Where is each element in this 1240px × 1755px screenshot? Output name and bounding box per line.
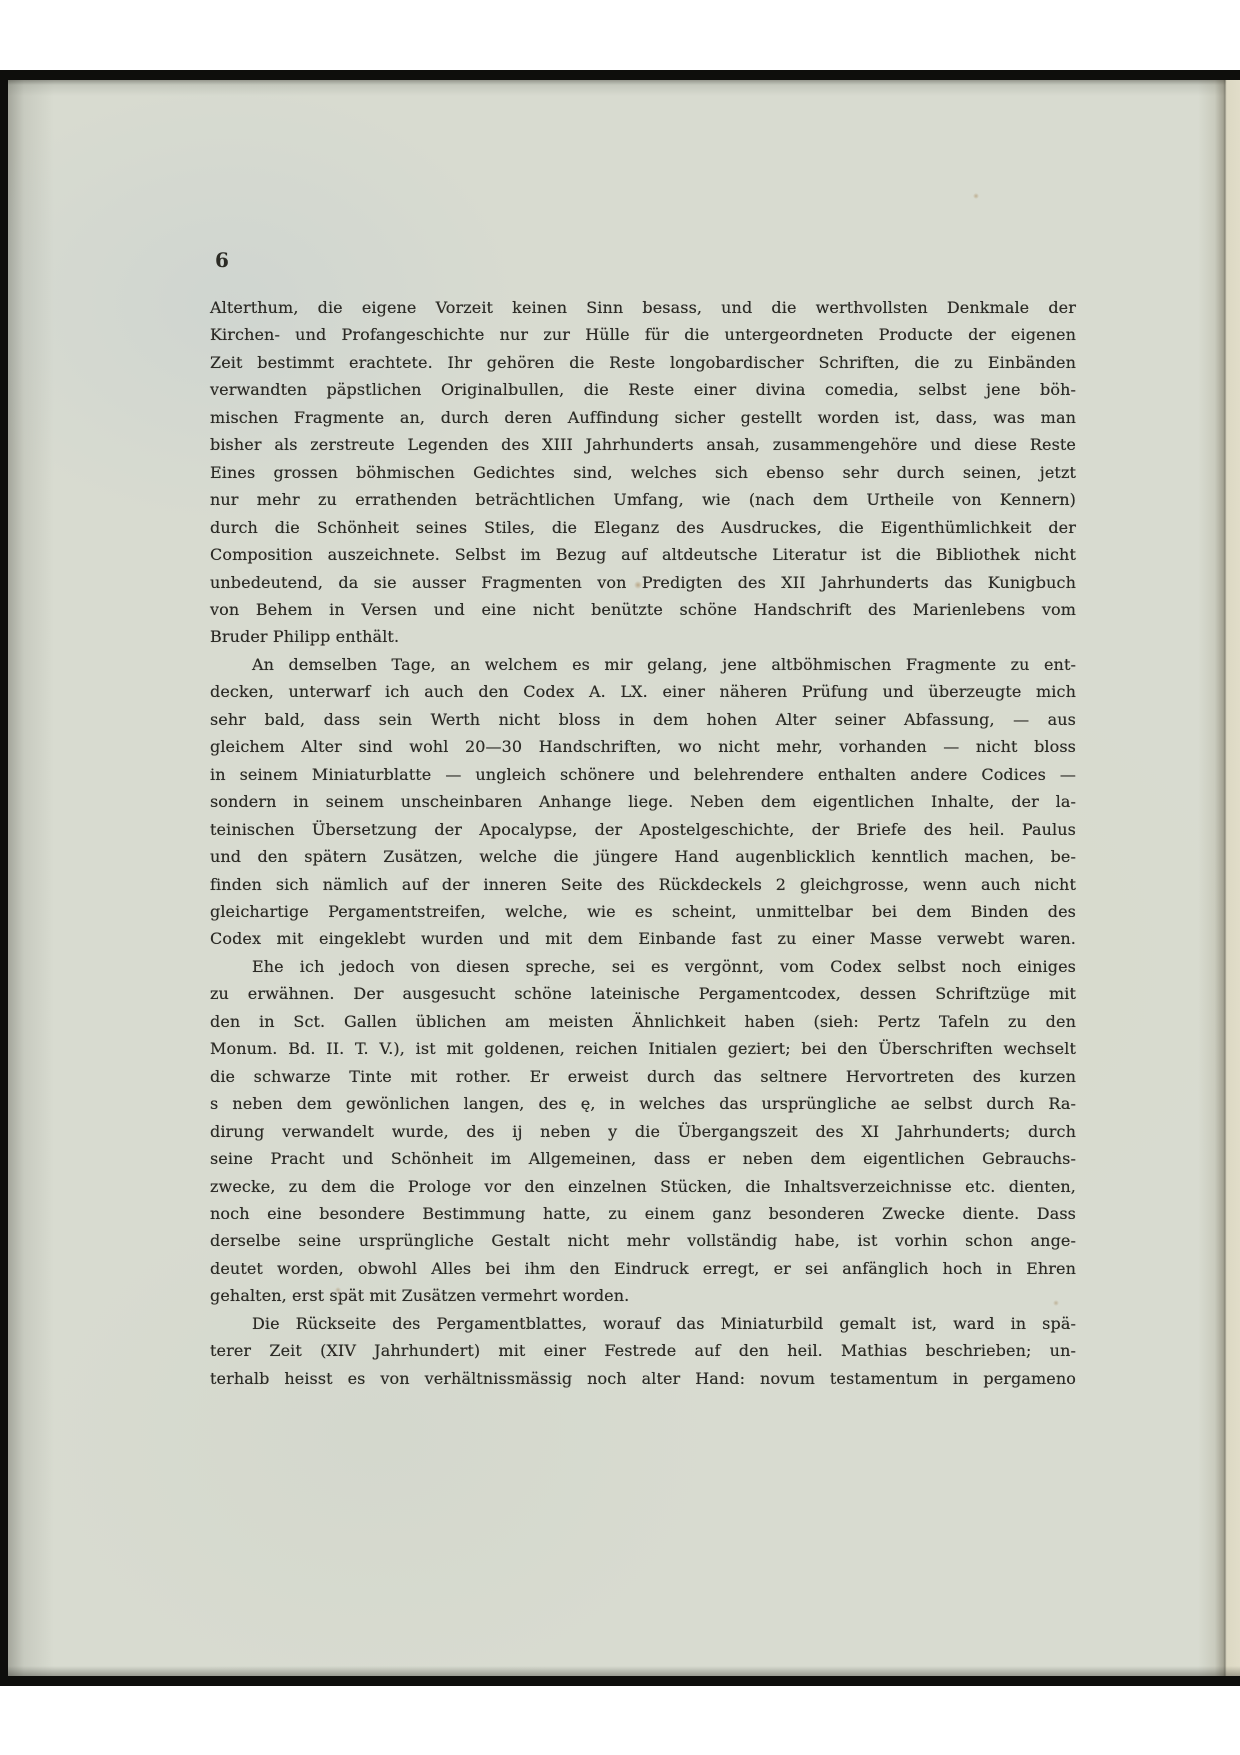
text-line: und den spätern Zusätzen, welche die jün… — [210, 843, 1076, 870]
text-line: unbedeutend, da sie ausser Fragmenten vo… — [210, 569, 1076, 596]
text-line: gleichem Alter sind wohl 20—30 Handschri… — [210, 733, 1076, 760]
text-line: gehalten, erst spät mit Zusätzen vermehr… — [210, 1282, 1076, 1309]
text-line: sehr bald, dass sein Werth nicht bloss i… — [210, 706, 1076, 733]
text-line: die schwarze Tinte mit rother. Er erweis… — [210, 1063, 1076, 1090]
text-line: derselbe seine ursprüngliche Gestalt nic… — [210, 1227, 1076, 1254]
text-line: von Behem in Versen und eine nicht benüt… — [210, 596, 1076, 623]
text-line: zu erwähnen. Der ausgesucht schöne latei… — [210, 980, 1076, 1007]
text-line: bisher als zerstreute Legenden des XIII … — [210, 431, 1076, 458]
text-line: Composition auszeichnete. Selbst im Bezu… — [210, 541, 1076, 568]
page-top-edge-shadow — [8, 80, 1240, 96]
text-line: terer Zeit (XIV Jahrhundert) mit einer F… — [210, 1337, 1076, 1364]
text-line: verwandten päpstlichen Originalbullen, d… — [210, 376, 1076, 403]
text-line: gleichartige Pergamentstreifen, welche, … — [210, 898, 1076, 925]
text-line: deutet worden, obwohl Alles bei ihm den … — [210, 1255, 1076, 1282]
paragraph-2: An demselben Tage, an welchem es mir gel… — [210, 651, 1076, 953]
text-line: An demselben Tage, an welchem es mir gel… — [210, 651, 1076, 678]
text-block: Alterthum, die eigene Vorzeit keinen Sin… — [210, 294, 1076, 1392]
text-line: Kirchen- und Profangeschichte nur zur Hü… — [210, 321, 1076, 348]
text-line: den in Sct. Gallen üblichen am meisten Ä… — [210, 1008, 1076, 1035]
text-line: Codex mit eingeklebt wurden und mit dem … — [210, 925, 1076, 952]
text-line: nur mehr zu errathenden beträchtlichen U… — [210, 486, 1076, 513]
text-line: zwecke, zu dem die Prologe vor den einze… — [210, 1173, 1076, 1200]
text-line: terhalb heisst es von verhältnissmässig … — [210, 1365, 1076, 1392]
paragraph-1: Alterthum, die eigene Vorzeit keinen Sin… — [210, 294, 1076, 651]
text-line: decken, unterwarf ich auch den Codex A. … — [210, 678, 1076, 705]
text-line: s neben dem gewönlichen langen, des ę, i… — [210, 1090, 1076, 1117]
page-bottom-edge-shadow — [8, 1666, 1240, 1676]
text-line: Alterthum, die eigene Vorzeit keinen Sin… — [210, 294, 1076, 321]
text-line: noch eine besondere Bestimmung hatte, zu… — [210, 1200, 1076, 1227]
text-line: teinischen Übersetzung der Apocalypse, d… — [210, 816, 1076, 843]
text-line: durch die Schönheit seines Stiles, die E… — [210, 514, 1076, 541]
page-fore-edge — [1198, 80, 1240, 1676]
page-number: 6 — [215, 248, 229, 272]
text-line: finden sich nämlich auf der inneren Seit… — [210, 871, 1076, 898]
paragraph-4: Die Rückseite des Pergamentblattes, wora… — [210, 1310, 1076, 1392]
text-line: Bruder Philipp enthält. — [210, 623, 1076, 650]
paragraph-3: Ehe ich jedoch von diesen spreche, sei e… — [210, 953, 1076, 1310]
text-line: mischen Fragmente an, durch deren Auffin… — [210, 404, 1076, 431]
text-line: dirung verwandelt wurde, des ij neben y … — [210, 1118, 1076, 1145]
text-line: Monum. Bd. II. T. V.), ist mit goldenen,… — [210, 1035, 1076, 1062]
text-line: Zeit bestimmt erachtete. Ihr gehören die… — [210, 349, 1076, 376]
scanned-page: 6 Alterthum, die eigene Vorzeit keinen S… — [8, 80, 1240, 1676]
book-cover-frame: 6 Alterthum, die eigene Vorzeit keinen S… — [0, 70, 1240, 1686]
text-line: Die Rückseite des Pergamentblattes, wora… — [210, 1310, 1076, 1337]
text-line: in seinem Miniaturblatte — ungleich schö… — [210, 761, 1076, 788]
text-line: seine Pracht und Schönheit im Allgemeine… — [210, 1145, 1076, 1172]
text-line: Ehe ich jedoch von diesen spreche, sei e… — [210, 953, 1076, 980]
text-line: Eines grossen böhmischen Gedichtes sind,… — [210, 459, 1076, 486]
text-line: sondern in seinem unscheinbaren Anhange … — [210, 788, 1076, 815]
